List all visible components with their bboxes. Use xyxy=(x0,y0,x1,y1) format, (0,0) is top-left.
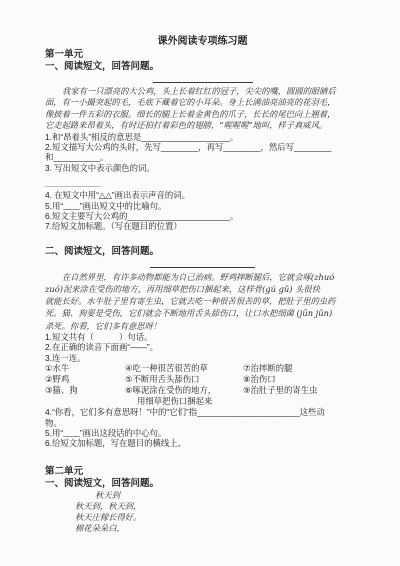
passage-line: 在自然界里，有许多动物都能为自己治病。野鸡摔断腿后，它就会啄(zhuó xyxy=(45,271,360,283)
question-2-wrap: 和__________。 xyxy=(45,152,360,162)
question-2: 2.短文描写大公鸡的头时，先写________，再写________，然后写__… xyxy=(45,142,360,152)
match-item: ⑧治伤口 xyxy=(243,374,360,385)
match-item: ⑤不断用舌头舔伤口 xyxy=(125,374,243,385)
match-item: ③猫、狗 xyxy=(45,385,125,396)
answer-blank-line: ____________ xyxy=(45,177,360,187)
unit2-heading: 第二单元 xyxy=(45,466,360,478)
passage-line: 死。猫、狗要是受伤，它们就会不断地用舌头舔伤口，让口水把细菌 (jūn jǔn) xyxy=(45,307,360,319)
match-item: ⑦治摔断的腿 xyxy=(243,363,360,374)
question-6: 6.给短文加标题，写在题目的横线上。 xyxy=(45,438,360,448)
title-blank-line xyxy=(150,260,255,268)
document-title: 课外阅读专项练习题 xyxy=(45,36,360,48)
match-item: ④吃一种很苦很苦的草 xyxy=(125,363,243,374)
question-3: 3.连一连。 xyxy=(45,353,360,363)
passage-rooster: 我家有一只漂亮的大公鸡，头上长着红红的冠子，尖尖的嘴，圆圆的眼睛后 面，有一小撮… xyxy=(45,86,360,132)
match-item: ⑥啄泥涂在受伤的地方， xyxy=(125,385,243,396)
match-item: ①水牛 xyxy=(45,363,125,374)
question-1: 1.和“昂着头”相反的意思是___________________。 xyxy=(45,132,360,142)
passage-line: 它走起路来昂着头，有时还拍打着彩色的翅膀，“喔喔喔”地叫，样子真威风。 xyxy=(45,120,360,131)
poem-title: 秋天到 xyxy=(95,490,360,501)
passage-line: 我家有一只漂亮的大公鸡，头上长着红红的冠子，尖尖的嘴，圆圆的眼睛后 xyxy=(45,86,360,97)
passage-animals: 在自然界里，有许多动物都能为自己治病。野鸡摔断腿后，它就会啄(zhuó zuó)… xyxy=(45,271,360,332)
poem-line: 秋天到，秋天到， xyxy=(75,501,360,512)
passage-line: 像披着一件五彩的衣服。细长的腿上长着金黄色的爪子，长长的尾巴向上翘着， xyxy=(45,109,360,120)
match-row: ③猫、狗 ⑥啄泥涂在受伤的地方， ⑨治肚子里的寄生虫 xyxy=(45,385,360,396)
question-7: 7.给短文加标题。（写在题目的位置） xyxy=(45,221,360,231)
question-6: 6.短文主要写大公鸡的______________________。 xyxy=(45,211,360,221)
passage-line: 面，有一小撮突起的毛，毛底下藏着它的小耳朵。身上长满油亮油亮的花羽毛， xyxy=(45,97,360,108)
unit2-section1-heading: 一、阅读短文，回答问题。 xyxy=(45,478,360,490)
poem-line: 棉花朵朵白， xyxy=(75,523,360,534)
match-row: ①水牛 ④吃一种很苦很苦的草 ⑦治摔断的腿 xyxy=(45,363,360,374)
poem-autumn: 秋天到 秋天到，秋天到， 秋天庄稼长得好。 棉花朵朵白， xyxy=(45,490,360,534)
question-5: 5.用“﹏﹏”画出短文中的比喻句。 xyxy=(45,201,360,211)
question-4-wrap: 物。 xyxy=(45,418,360,428)
match-item-continuation: 用细草把伤口捆起来 xyxy=(137,396,360,407)
poem-line: 秋天庄稼长得好。 xyxy=(75,512,360,523)
question-4: 4. 在短文中用“△△”画出表示声音的词。 xyxy=(45,190,360,200)
question-1: 1.短文共有（ ）句话。 xyxy=(45,332,360,342)
unit1-section2-heading: 二、阅读短文，回答问题。 xyxy=(45,246,360,258)
worksheet-page: 课外阅读专项练习题 第一单元 一、阅读短文，回答问题。 我家有一只漂亮的大公鸡，… xyxy=(0,0,400,566)
passage-line: 杀死。你看，它们多有意思呀！ xyxy=(45,320,360,332)
unit1-section1-heading: 一、阅读短文，回答问题。 xyxy=(45,61,360,73)
question-4: 4.“你看，它们多有意思呀！”中的“它们”指__________________… xyxy=(45,407,360,417)
match-item: ⑨治肚子里的寄生虫 xyxy=(243,385,360,396)
question-3: 3. 写出短文中表示颜色的词。 xyxy=(45,163,360,173)
passage-line: zuó)泥来涂在受伤的地方，再用细草把伤口捆起来，这样骨(gú gǔ) 头很快 xyxy=(45,283,360,295)
match-row: ②野鸡 ⑤不断用舌头舔伤口 ⑧治伤口 xyxy=(45,374,360,385)
question-5: 5.用“﹏﹏”画出这段话的中心句。 xyxy=(45,428,360,438)
question-2: 2.在正确的读音下面画“——”。 xyxy=(45,342,360,352)
unit1-heading: 第一单元 xyxy=(45,49,360,61)
title-blank-line xyxy=(153,75,253,83)
match-item: ②野鸡 xyxy=(45,374,125,385)
passage-line: 就能长好。水牛肚子里有寄生虫，它就去吃一种很苦很苦的草，把肚子里的虫药 xyxy=(45,295,360,307)
